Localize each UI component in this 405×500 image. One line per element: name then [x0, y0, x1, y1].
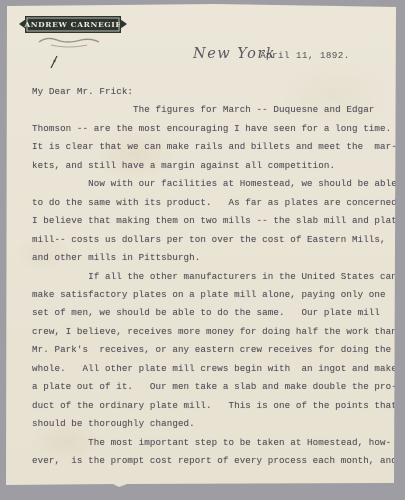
letterhead-banner: ANDREW CARNEGIE	[25, 16, 121, 33]
letter-line: It is clear that we can make rails and b…	[32, 138, 402, 156]
salutation: My Dear Mr. Frick:	[32, 83, 402, 101]
letterhead-name: ANDREW CARNEGIE	[24, 20, 121, 28]
letter-line: make satisfactory plates on a plate mill…	[32, 286, 402, 304]
letter-line: and other mills in Pittsburgh.	[32, 249, 402, 267]
letter-body: My Dear Mr. Frick: The figures for March…	[32, 83, 402, 471]
letter-line: If all the other manufacturers in the Un…	[32, 268, 402, 286]
dateline-date: April 11, 1892.	[260, 50, 350, 61]
letter-line: kets, and still have a margin against al…	[32, 157, 402, 175]
letterhead-flourish	[37, 34, 101, 50]
letter-line: ever, is the prompt cost report of every…	[32, 452, 402, 470]
letter-scan-page: ANDREW CARNEGIE New York April 11, 1892.…	[5, 4, 396, 487]
letter-line: should be thoroughly changed.	[32, 415, 402, 433]
scan-background: ANDREW CARNEGIE New York April 11, 1892.…	[0, 0, 405, 500]
handwritten-pen-mark	[47, 54, 61, 72]
letter-line: set of men, we should be able to do the …	[32, 304, 402, 322]
letter-line: to do the same with its product. As far …	[32, 194, 402, 212]
dateline: New York April 11, 1892.	[193, 46, 350, 62]
letter-line: crew, I believe, receives more money for…	[32, 323, 402, 341]
letter-line: I believe that making them on two mills …	[32, 212, 402, 230]
letter-line: Thomson -- are the most encouraging I ha…	[32, 120, 402, 138]
letter-line: The most important step to be taken at H…	[32, 434, 402, 452]
letter-line: a plate out of it. Our men take a slab a…	[32, 378, 402, 396]
letter-line: duct of the ordinary plate mill. This is…	[32, 397, 402, 415]
letter-line: The figures for March -- Duquesne and Ed…	[32, 101, 402, 119]
letter-line: Now with our facilities at Homestead, we…	[32, 175, 402, 193]
letter-line: Mr. Park's receives, or any eastern crew…	[32, 341, 402, 359]
letter-line: whole. All other plate mill crews begin …	[32, 360, 402, 378]
letter-line: mill-- costs us dollars per ton over the…	[32, 231, 402, 249]
